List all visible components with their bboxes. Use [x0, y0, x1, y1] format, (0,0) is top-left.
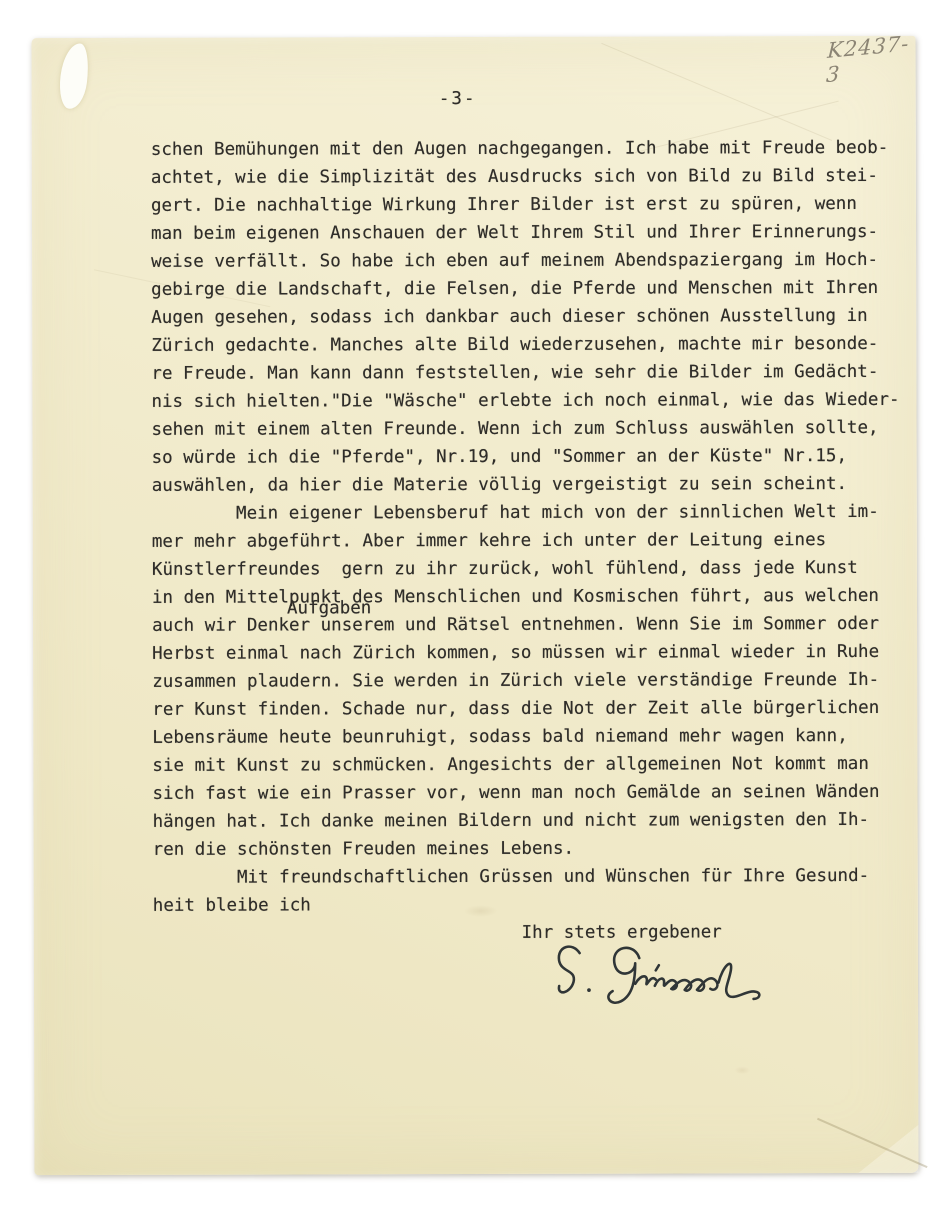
letter-line: Zürich gedachte. Manches alte Bild wiede… — [151, 330, 911, 360]
letter-line: ren die schönsten Freuden meines Lebens. — [153, 834, 913, 864]
letter-line: Lebensräume heute beunruhigt, sodass bal… — [152, 722, 912, 752]
foxing-spot — [734, 1066, 750, 1074]
letter-line: heit bleibe ich — [153, 890, 913, 920]
letter-line: schen Bemühungen mit den Augen nachgegan… — [151, 134, 911, 164]
signature-handwriting — [546, 939, 778, 1012]
letter-line: gert. Die nachhaltige Wirkung Ihrer Bild… — [151, 190, 911, 220]
letter-line: achtet, wie die Simplizität des Ausdruck… — [151, 162, 911, 192]
letter-line: in den Mittelpunkt des Menschlichen und … — [152, 582, 912, 612]
letter-line: sehen mit einem alten Freunde. Wenn ich … — [152, 414, 912, 444]
archive-number-annotation: K2437-3 — [826, 31, 917, 87]
letter-line: sie mit Kunst zu schmücken. Angesichts d… — [152, 750, 912, 780]
letter-body: Aufgaben schen Bemühungen mit den Augen … — [151, 134, 913, 966]
scanned-letter-page: K2437-3 -3- Aufgaben schen Bemühungen mi… — [0, 0, 950, 1211]
letter-line: Augen gesehen, sodass ich dankbar auch d… — [151, 302, 911, 332]
letter-line: weise verfällt. So habe ich eben auf mei… — [151, 246, 911, 276]
letter-line: so würde ich die "Pferde", Nr.19, und "S… — [152, 442, 912, 472]
letter-line: zusammen plaudern. Sie werden in Zürich … — [152, 666, 912, 696]
letter-line: sich fast wie ein Prasser vor, wenn man … — [152, 778, 912, 808]
letter-line: hängen hat. Ich danke meinen Bildern und… — [153, 806, 913, 836]
letter-line: re Freude. Man kann dann feststellen, wi… — [151, 358, 911, 388]
letter-line: gebirge die Landschaft, die Felsen, die … — [151, 274, 911, 304]
letter-line: Mit freundschaftlichen Grüssen und Wünsc… — [153, 862, 913, 892]
letter-line: Künstlerfreundes gern zu ihr zurück, woh… — [152, 554, 912, 584]
page-number: -3- — [16, 88, 900, 110]
letter-line: Ihr stets ergebener — [153, 918, 913, 948]
letter-line: rer Kunst finden. Schade nur, dass die N… — [152, 694, 912, 724]
letter-line: auch wir Denker unserem und Rätsel entne… — [152, 610, 912, 640]
interline-insertion: Aufgaben — [287, 599, 371, 617]
letter-line: nis sich hielten."Die "Wäsche" erlebte i… — [151, 386, 911, 416]
letter-line: mer mehr abgeführt. Aber immer kehre ich… — [152, 526, 912, 556]
letter-line: man beim eigenen Anschauen der Welt Ihre… — [151, 218, 911, 248]
letter-line: Herbst einmal nach Zürich kommen, so müs… — [152, 638, 912, 668]
letter-line: auswählen, da hier die Materie völlig ve… — [152, 470, 912, 500]
letter-paper: K2437-3 -3- Aufgaben schen Bemühungen mi… — [32, 36, 919, 1175]
letter-line: Mein eigener Lebensberuf hat mich von de… — [152, 498, 912, 528]
